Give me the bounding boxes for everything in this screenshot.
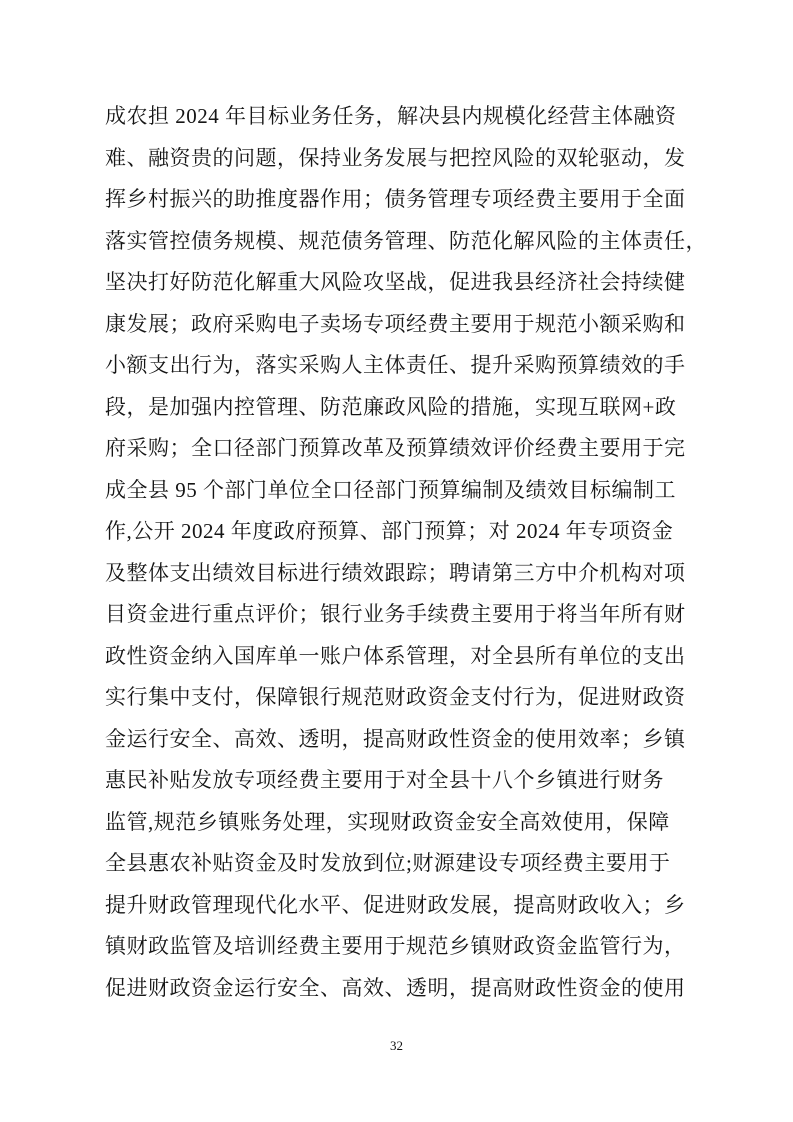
text-line: 成全县 95 个部门单位全口径部门预算编制及绩效目标编制工 xyxy=(105,470,690,512)
text-line: 实行集中支付，保障银行规范财政资金支付行为，促进财政资 xyxy=(105,677,690,719)
document-page: 成农担 2024 年目标业务任务，解决县内规模化经营主体融资难、融资贵的问题，保… xyxy=(0,0,793,1122)
text-line: 难、融资贵的问题，保持业务发展与把控风险的双轮驱动，发 xyxy=(105,138,690,180)
text-line: 镇财政监管及培训经费主要用于规范乡镇财政资金监管行为， xyxy=(105,926,690,968)
text-line: 政性资金纳入国库单一账户体系管理，对全县所有单位的支出 xyxy=(105,636,690,678)
text-line: 挥乡村振兴的助推度器作用；债务管理专项经费主要用于全面 xyxy=(105,179,690,221)
body-text: 成农担 2024 年目标业务任务，解决县内规模化经营主体融资难、融资贵的问题，保… xyxy=(105,96,690,1009)
text-line: 及整体支出绩效目标进行绩效跟踪；聘请第三方中介机构对项 xyxy=(105,553,690,595)
text-line: 作,公开 2024 年度政府预算、部门预算；对 2024 年专项资金 xyxy=(105,511,690,553)
text-line: 府采购；全口径部门预算改革及预算绩效评价经费主要用于完 xyxy=(105,428,690,470)
text-line: 全县惠农补贴资金及时发放到位;财源建设专项经费主要用于 xyxy=(105,843,690,885)
text-line: 监管,规范乡镇账务处理，实现财政资金安全高效使用，保障 xyxy=(105,802,690,844)
text-line: 提升财政管理现代化水平、促进财政发展，提高财政收入；乡 xyxy=(105,885,690,927)
text-line: 康发展；政府采购电子卖场专项经费主要用于规范小额采购和 xyxy=(105,304,690,346)
text-line: 促进财政资金运行安全、高效、透明，提高财政性资金的使用 xyxy=(105,968,690,1010)
text-line: 金运行安全、高效、透明，提高财政性资金的使用效率；乡镇 xyxy=(105,719,690,761)
text-line: 成农担 2024 年目标业务任务，解决县内规模化经营主体融资 xyxy=(105,96,690,138)
text-line: 目资金进行重点评价；银行业务手续费主要用于将当年所有财 xyxy=(105,594,690,636)
text-line: 落实管控债务规模、规范债务管理、防范化解风险的主体责任， xyxy=(105,221,690,263)
text-line: 惠民补贴发放专项经费主要用于对全县十八个乡镇进行财务 xyxy=(105,760,690,802)
text-line: 小额支出行为，落实采购人主体责任、提升采购预算绩效的手 xyxy=(105,345,690,387)
page-number: 32 xyxy=(0,1038,793,1054)
text-line: 坚决打好防范化解重大风险攻坚战，促进我县经济社会持续健 xyxy=(105,262,690,304)
text-line: 段，是加强内控管理、防范廉政风险的措施，实现互联网+政 xyxy=(105,387,690,429)
